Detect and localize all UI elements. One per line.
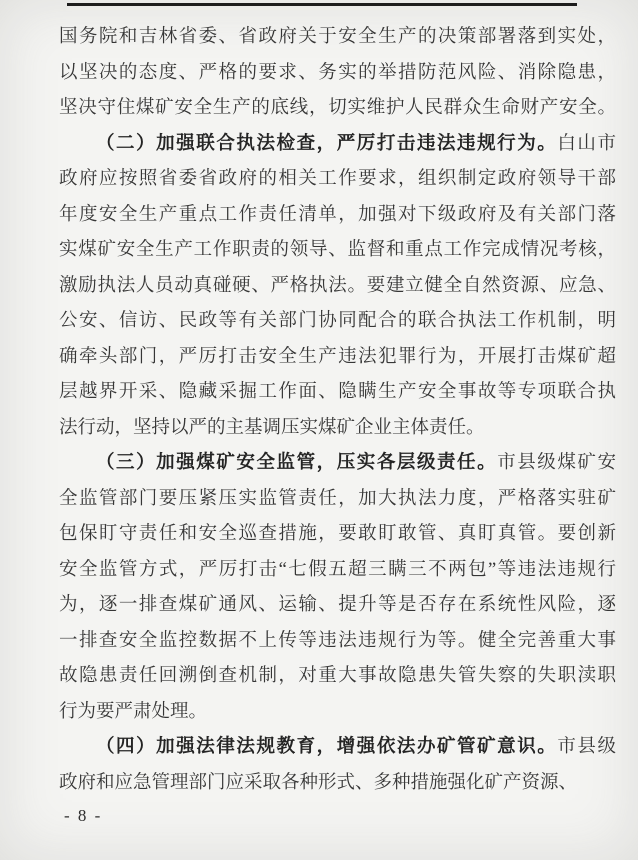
- text-line: 行为要严肃处理。: [59, 695, 616, 731]
- section-heading-segment: （四）加强法律法规教育，增强依法办矿管矿意识。: [96, 737, 557, 757]
- text-segment: 激励执法人员动真碰硬、严格执法。要建立健全自然资源、应急、: [59, 276, 616, 296]
- text-segment: 白山市: [557, 134, 616, 154]
- page-number: - 8 -: [64, 806, 102, 826]
- text-line: 安全监管方式，严厉打击“七假五超三瞒三不两包”等违法违规行: [59, 553, 616, 589]
- text-segment: 市县级煤矿安: [497, 453, 616, 473]
- text-line: 法行动，坚持以严的主基调压实煤矿企业主体责任。: [59, 411, 616, 447]
- text-line: 政府应按照省委省政府的相关工作要求，组织制定政府领导干部: [59, 162, 616, 198]
- text-line: （二）加强联合执法检查，严厉打击违法违规行为。白山市: [59, 127, 616, 163]
- text-line: 层越界开采、隐藏采掘工作面、隐瞒生产安全事故等专项联合执: [59, 375, 616, 411]
- text-line: 全监管部门要压紧压实监管责任，加大执法力度，严格落实驻矿: [59, 482, 616, 518]
- text-segment: 行为要严肃处理。: [59, 702, 207, 722]
- text-segment: 坚决守住煤矿安全生产的底线，切实维护人民群众生命财产安全。: [59, 98, 616, 118]
- text-line: 为，逐一排查煤矿通风、运输、提升等是否存在系统性风险，逐: [59, 588, 616, 624]
- text-segment: 政府和应急管理部门应采取各种形式、多种措施强化矿产资源、: [59, 773, 577, 793]
- text-segment: 确牵头部门，严厉打击安全生产违法犯罪行为，开展打击煤矿超: [59, 347, 616, 367]
- text-segment: 市县级: [557, 737, 616, 757]
- text-line: 以坚决的态度、严格的要求、务实的举措防范风险、消除隐患，: [59, 56, 616, 92]
- text-segment: 实煤矿安全生产工作职责的领导、监督和重点工作完成情况考核，: [59, 240, 616, 260]
- text-segment: 法行动，坚持以严的主基调压实煤矿企业主体责任。: [59, 418, 485, 438]
- text-line: （三）加强煤矿安全监管，压实各层级责任。市县级煤矿安: [59, 446, 616, 482]
- text-segment: 国务院和吉林省委、省政府关于安全生产的决策部署落到实处，: [59, 27, 616, 47]
- text-line: 故隐患责任回溯倒查机制，对重大事故隐患失管失察的失职渎职: [59, 659, 616, 695]
- text-segment: 为，逐一排查煤矿通风、运输、提升等是否存在系统性风险，逐: [59, 595, 616, 615]
- page-top-rule: [67, 3, 577, 6]
- text-line: 年度安全生产重点工作责任清单，加强对下级政府及有关部门落: [59, 198, 616, 234]
- text-segment: 年度安全生产重点工作责任清单，加强对下级政府及有关部门落: [59, 205, 616, 225]
- text-line: （四）加强法律法规教育，增强依法办矿管矿意识。市县级: [59, 730, 616, 766]
- section-heading-segment: （三）加强煤矿安全监管，压实各层级责任。: [96, 453, 497, 473]
- scanned-document-page: { "page": { "page_number": "- 8 -" }, "d…: [0, 0, 638, 860]
- text-line: 坚决守住煤矿安全生产的底线，切实维护人民群众生命财产安全。: [59, 91, 616, 127]
- text-segment: 全监管部门要压紧压实监管责任，加大执法力度，严格落实驻矿: [59, 489, 616, 509]
- text-line: 激励执法人员动真碰硬、严格执法。要建立健全自然资源、应急、: [59, 269, 616, 305]
- text-line: 一排查安全监控数据不上传等违法违规行为等。健全完善重大事: [59, 624, 616, 660]
- text-segment: 一排查安全监控数据不上传等违法违规行为等。健全完善重大事: [59, 631, 616, 651]
- text-segment: 公安、信访、民政等有关部门协同配合的联合执法工作机制，明: [59, 311, 616, 331]
- text-line: 实煤矿安全生产工作职责的领导、监督和重点工作完成情况考核，: [59, 233, 616, 269]
- text-segment: 以坚决的态度、严格的要求、务实的举措防范风险、消除隐患，: [59, 63, 616, 83]
- text-line: 国务院和吉林省委、省政府关于安全生产的决策部署落到实处，: [59, 20, 616, 56]
- text-segment: 安全监管方式，严厉打击“七假五超三瞒三不两包”等违法违规行: [59, 560, 616, 580]
- text-line: 包保盯守责任和安全巡查措施，要敢盯敢管、真盯真管。要创新: [59, 517, 616, 553]
- text-segment: 包保盯守责任和安全巡查措施，要敢盯敢管、真盯真管。要创新: [59, 524, 616, 544]
- text-line: 政府和应急管理部门应采取各种形式、多种措施强化矿产资源、: [59, 766, 616, 802]
- document-body: 国务院和吉林省委、省政府关于安全生产的决策部署落到实处，以坚决的态度、严格的要求…: [59, 20, 616, 801]
- text-line: 公安、信访、民政等有关部门协同配合的联合执法工作机制，明: [59, 304, 616, 340]
- text-segment: 故隐患责任回溯倒查机制，对重大事故隐患失管失察的失职渎职: [59, 666, 616, 686]
- text-segment: 政府应按照省委省政府的相关工作要求，组织制定政府领导干部: [59, 169, 616, 189]
- text-line: 确牵头部门，严厉打击安全生产违法犯罪行为，开展打击煤矿超: [59, 340, 616, 376]
- text-segment: 层越界开采、隐藏采掘工作面、隐瞒生产安全事故等专项联合执: [59, 382, 616, 402]
- section-heading-segment: （二）加强联合执法检查，严厉打击违法违规行为。: [96, 134, 557, 154]
